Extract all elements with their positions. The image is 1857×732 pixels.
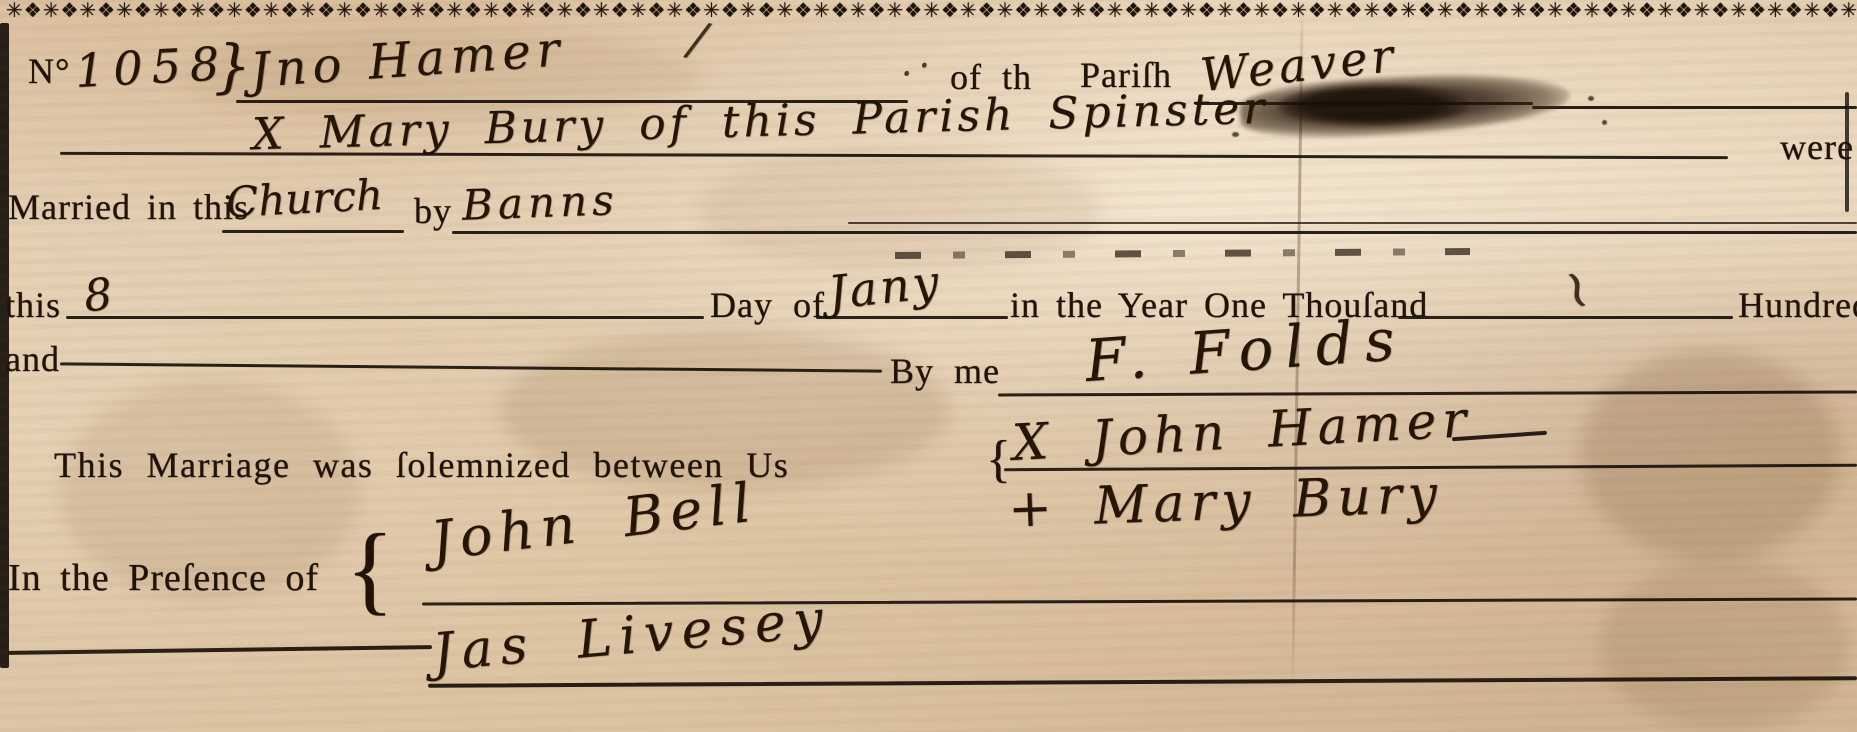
hundred-label: Hundred bbox=[1738, 284, 1857, 326]
day-value: 8 bbox=[81, 269, 114, 323]
bride-signature: + Mary Bury bbox=[1007, 464, 1444, 539]
banns-value: Banns bbox=[461, 175, 619, 229]
by-me-label: By me bbox=[890, 350, 1000, 392]
were-label: were bbox=[1780, 126, 1854, 168]
this-label: this bbox=[5, 284, 61, 326]
married-in-this-label: Married in this bbox=[8, 186, 249, 228]
stray-dots: ·· bbox=[893, 42, 946, 96]
ink-dash-smudges bbox=[895, 248, 1470, 259]
and-label: and bbox=[5, 338, 60, 380]
presence-brace: { bbox=[346, 514, 395, 624]
place-value: Church bbox=[225, 170, 384, 227]
groom-signature: X John Hamer bbox=[1011, 390, 1474, 472]
marriage-register-scan: ✳❖✳❖✳❖✳❖✳❖✳❖✳❖✳❖✳❖✳❖✳❖✳❖✳❖✳❖✳❖✳❖✳❖✳❖✳❖✳❖… bbox=[0, 0, 1857, 732]
no-label: N° bbox=[28, 50, 70, 92]
ink-blot-core bbox=[1278, 84, 1468, 126]
ruled-line bbox=[8, 645, 432, 655]
ornament-border: ✳❖✳❖✳❖✳❖✳❖✳❖✳❖✳❖✳❖✳❖✳❖✳❖✳❖✳❖✳❖✳❖✳❖✳❖✳❖✳❖… bbox=[6, 0, 1857, 23]
paper-stain bbox=[1580, 350, 1840, 560]
ruled-line bbox=[66, 316, 704, 319]
ruled-line bbox=[816, 316, 1008, 319]
ruled-line bbox=[1532, 106, 1857, 109]
by-label: by bbox=[414, 190, 452, 232]
ruled-line bbox=[60, 362, 882, 372]
ink-speck bbox=[1588, 96, 1594, 101]
ruled-line bbox=[452, 231, 1857, 234]
ink-speck bbox=[1602, 120, 1607, 125]
presence-label: In the Preſence of bbox=[8, 556, 319, 600]
flourish-mark: ~ bbox=[1542, 259, 1615, 319]
day-of-label: Day of bbox=[710, 284, 825, 326]
ruled-line bbox=[422, 597, 1857, 605]
groom-name-entry: Jno Hamer bbox=[248, 21, 567, 99]
paper-stain bbox=[1600, 560, 1850, 730]
ruled-line bbox=[848, 222, 1857, 224]
no-value: 1058 bbox=[74, 36, 230, 98]
ruled-line bbox=[222, 230, 404, 233]
ruled-line bbox=[428, 676, 1857, 687]
no-brace: } bbox=[214, 32, 251, 100]
month-value: Jany bbox=[825, 254, 944, 320]
bride-name-entry: X Mary Bury of this Parish Spinster bbox=[252, 83, 1269, 161]
